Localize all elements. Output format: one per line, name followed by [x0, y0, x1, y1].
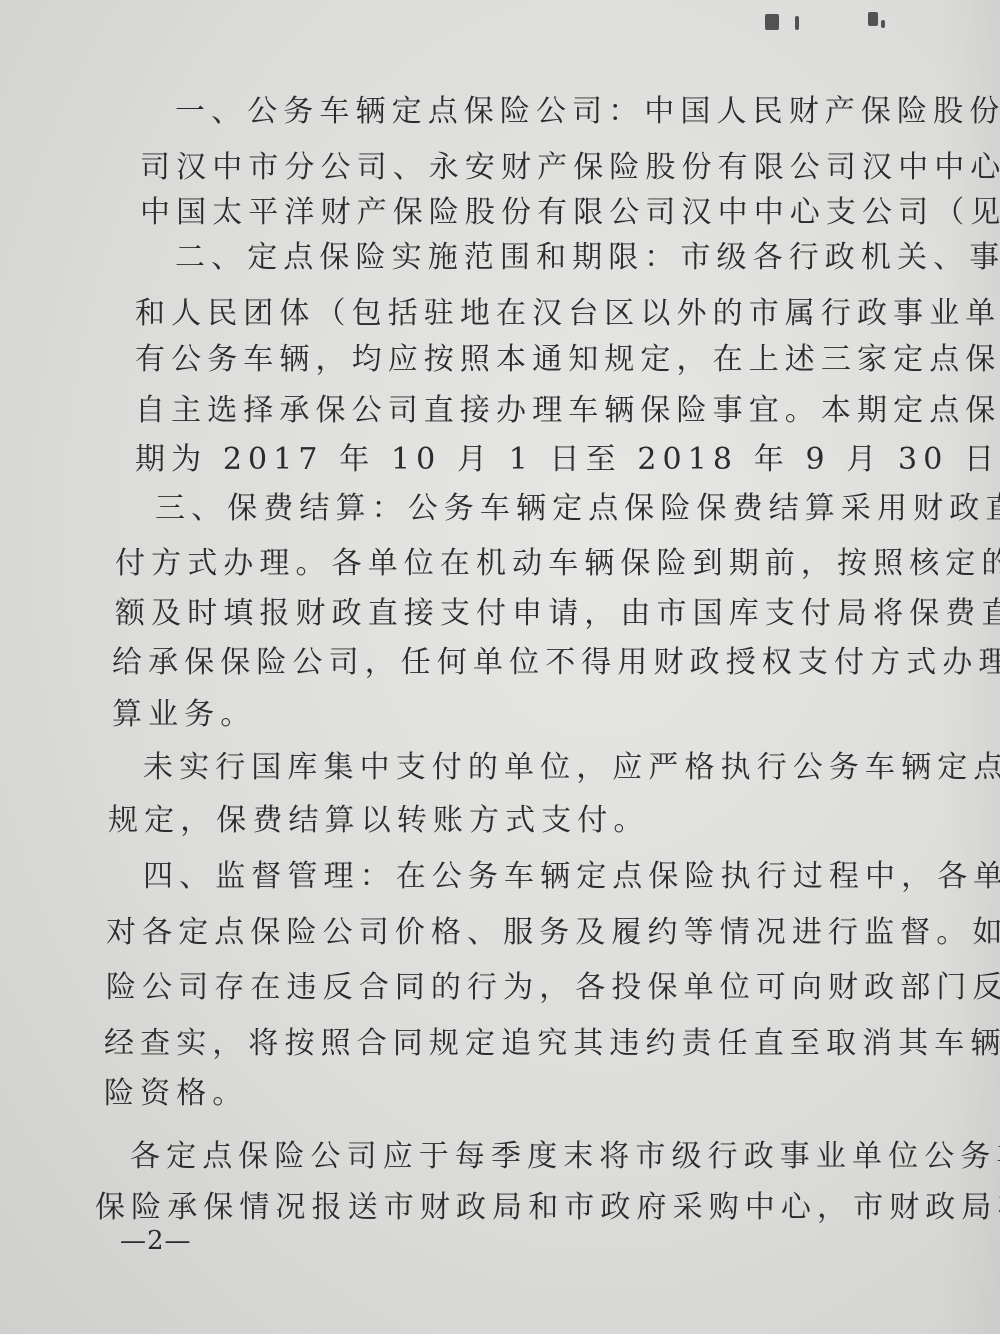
text-line: 险公司存在违反合同的行为，各投保单位可向财政部门反映，一 [106, 970, 1000, 1006]
ink-bleed-marks [760, 8, 960, 58]
text-line: 有公务车辆，均应按照本通知规定，在上述三家定点保险公司中 [135, 342, 1000, 378]
text-line: 给承保保险公司，任何单位不得用财政授权支付方式办理保费结 [112, 645, 1000, 681]
text-line: 算业务。 [112, 697, 256, 733]
text-line: 三、保费结算：公务车辆定点保险保费结算采用财政直接支 [155, 491, 1000, 527]
text-line: 司汉中市分公司、永安财产保险股份有限公司汉中中心支公司、 [140, 150, 1000, 186]
text-line: 一、公务车辆定点保险公司：中国人民财产保险股份有限公 [175, 94, 1000, 130]
text-line: 经查实，将按照合同规定追究其违约责任直至取消其车辆定点保 [104, 1026, 1000, 1062]
page-number: —2— [120, 1226, 192, 1256]
text-line: 和人民团体（包括驻地在汉台区以外的市属行政事业单位）的所 [135, 296, 1000, 332]
text-line: 二、定点保险实施范围和期限：市级各行政机关、事业单位 [175, 240, 1000, 276]
text-line: 付方式办理。各单位在机动车辆保险到期前，按照核定的保费金 [115, 546, 1000, 582]
document-page: 一、公务车辆定点保险公司：中国人民财产保险股份有限公司汉中市分公司、永安财产保险… [0, 0, 1000, 1334]
text-line: 额及时填报财政直接支付申请，由市国库支付局将保费直接划转 [115, 596, 1000, 632]
text-line: 自主选择承保公司直接办理车辆保险事宜。本期定点保险的有效 [135, 393, 1000, 429]
text-line: 中国太平洋财产保险股份有限公司汉中中心支公司（见附表）。 [140, 195, 1000, 231]
text-line: 对各定点保险公司价格、服务及履约等情况进行监督。如定点保 [106, 915, 1000, 951]
text-line: 规定，保费结算以转账方式支付。 [108, 803, 650, 839]
text-line: 四、监督管理：在公务车辆定点保险执行过程中，各单位可 [143, 859, 1000, 895]
text-line: 未实行国库集中支付的单位，应严格执行公务车辆定点保险 [143, 750, 1000, 786]
text-line: 期为 2017 年 10 月 1 日至 2018 年 9 月 30 日。 [135, 442, 1000, 478]
text-line: 险资格。 [104, 1076, 248, 1112]
text-line: 保险承保情况报送市财政局和市政府采购中心，市财政局将对车 [95, 1190, 1000, 1226]
text-line: 各定点保险公司应于每季度末将市级行政事业单位公务车辆 [130, 1139, 1000, 1175]
